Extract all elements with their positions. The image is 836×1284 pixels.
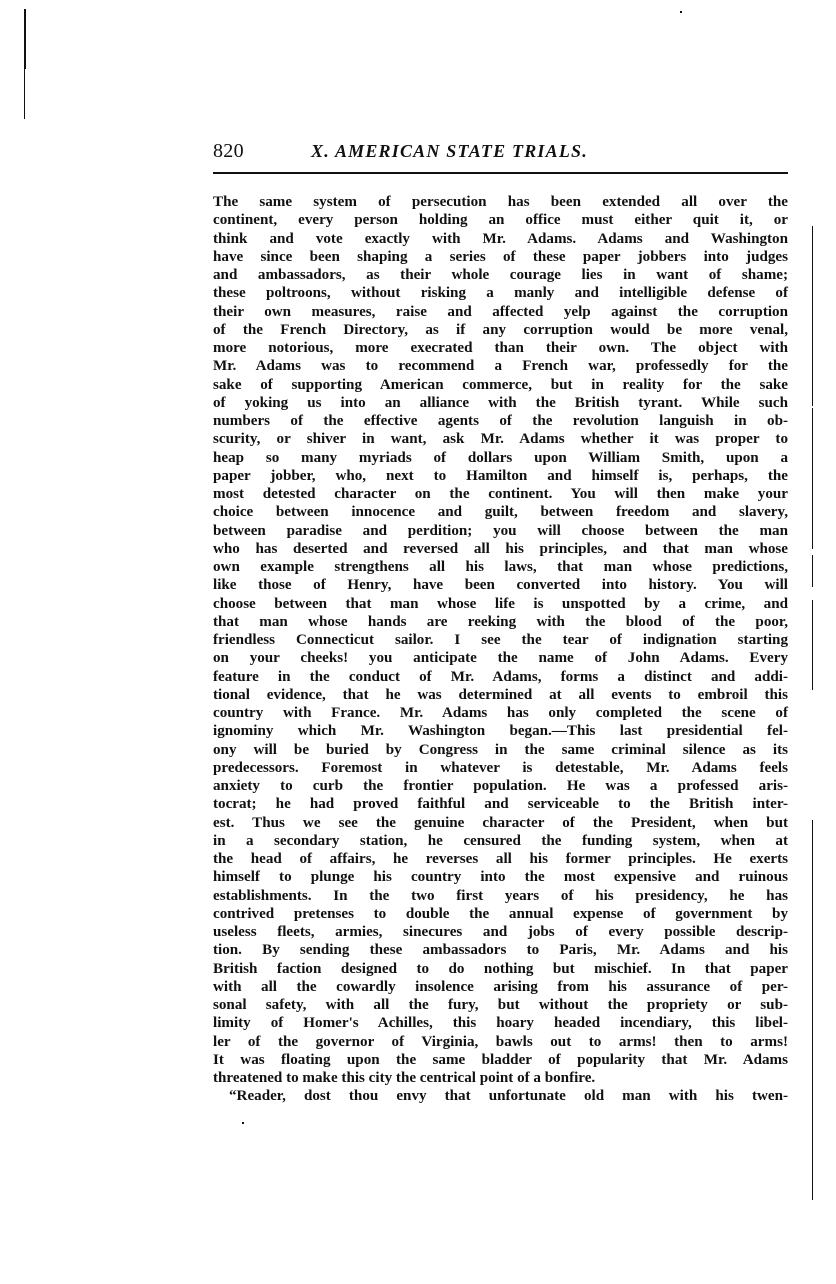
text-line: scurity, or shiver in want, ask Mr. Adam… (213, 430, 788, 448)
text-line: feature in the conduct of Mr. Adams, for… (213, 668, 788, 686)
page-number: 820 (213, 140, 311, 163)
text-line: paper jobber, who, next to Hamilton and … (213, 467, 788, 485)
text-line: in a secondary station, he censured the … (213, 832, 788, 850)
text-line: continent, every person holding an offic… (213, 211, 788, 229)
text-line: their own measures, raise and affected y… (213, 303, 788, 321)
text-line: these poltroons, without risking a manly… (213, 284, 788, 302)
text-line: ler of the governor of Virginia, bawls o… (213, 1033, 788, 1051)
scan-edge-line (812, 555, 813, 587)
text-line: threatened to make this city the centric… (213, 1069, 788, 1087)
text-line: numbers of the effective agents of the r… (213, 412, 788, 430)
text-line: limity of Homer's Achilles, this hoary h… (213, 1014, 788, 1032)
text-line: choice between innocence and guilt, betw… (213, 503, 788, 521)
scan-edge-line (812, 545, 813, 549)
body-text: The same system of persecution has been … (213, 193, 788, 1106)
scan-speck (242, 1122, 244, 1124)
text-line: est. Thus we see the genuine character o… (213, 814, 788, 832)
text-line: anxiety to curb the frontier population.… (213, 777, 788, 795)
header-rule (213, 172, 788, 174)
text-line: most detested character on the continent… (213, 485, 788, 503)
text-line: The same system of persecution has been … (213, 193, 788, 211)
text-line: have since been shaping a series of thes… (213, 248, 788, 266)
text-line: establishments. In the two first years o… (213, 887, 788, 905)
text-line: the head of affairs, he reverses all his… (213, 850, 788, 868)
text-line: more notorious, more execrated than thei… (213, 339, 788, 357)
text-line: sake of supporting American commerce, bu… (213, 376, 788, 394)
text-line: like those of Henry, have been converted… (213, 576, 788, 594)
scan-edge-line (812, 600, 813, 690)
text-line: ignominy which Mr. Washington began.—Thi… (213, 722, 788, 740)
text-line: sonal safety, with all the fury, but wit… (213, 996, 788, 1014)
running-head-title: X. AMERICAN STATE TRIALS. (311, 141, 588, 162)
text-line: and ambassadors, as their whole courage … (213, 266, 788, 284)
text-line: heap so many myriads of dollars upon Wil… (213, 449, 788, 467)
text-line: useless fleets, armies, sinecures and jo… (213, 923, 788, 941)
text-line: who has deserted and reversed all his pr… (213, 540, 788, 558)
text-line: British faction designed to do nothing b… (213, 960, 788, 978)
scan-edge-line (812, 820, 813, 1200)
text-line: choose between that man whose life is un… (213, 595, 788, 613)
text-line: think and vote exactly with Mr. Adams. A… (213, 230, 788, 248)
text-line: tocrat; he had proved faithful and servi… (213, 795, 788, 813)
text-line: himself to plunge his country into the m… (213, 868, 788, 886)
text-line: on your cheeks! you anticipate the name … (213, 649, 788, 667)
text-line: “Reader, dost thou envy that unfortunate… (213, 1087, 788, 1105)
text-line: own example strengthens all his laws, th… (213, 558, 788, 576)
text-line: between paradise and perdition; you will… (213, 522, 788, 540)
scan-edge-line (812, 226, 813, 406)
scan-speck (680, 11, 682, 13)
text-line: predecessors. Foremost in whatever is de… (213, 759, 788, 777)
text-line: of yoking us into an alliance with the B… (213, 394, 788, 412)
scan-margin-line (24, 9, 25, 119)
text-line: ony will be buried by Congress in the sa… (213, 741, 788, 759)
scan-edge-line (812, 408, 813, 548)
book-page: 820 X. AMERICAN STATE TRIALS. The same s… (213, 140, 788, 1106)
text-line: that man whose hands are reeking with th… (213, 613, 788, 631)
text-line: tional evidence, that he was determined … (213, 686, 788, 704)
text-line: Mr. Adams was to recommend a French war,… (213, 357, 788, 375)
text-line: It was floating upon the same bladder of… (213, 1051, 788, 1069)
text-line: with all the cowardly insolence arising … (213, 978, 788, 996)
text-line: contrived pretenses to double the annual… (213, 905, 788, 923)
text-line: of the French Directory, as if any corru… (213, 321, 788, 339)
running-head: 820 X. AMERICAN STATE TRIALS. (213, 140, 788, 168)
text-line: country with France. Mr. Adams has only … (213, 704, 788, 722)
text-line: tion. By sending these ambassadors to Pa… (213, 941, 788, 959)
text-line: friendless Connecticut sailor. I see the… (213, 631, 788, 649)
